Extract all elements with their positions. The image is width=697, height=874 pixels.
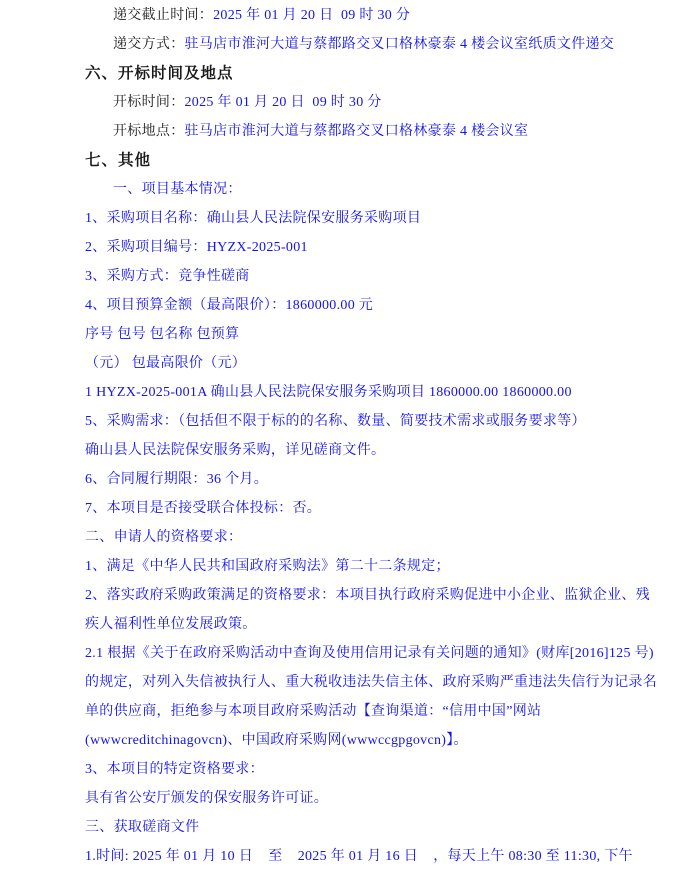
- document-line: 3、采购方式：竞争性磋商: [0, 262, 697, 291]
- document-line: 1、采购项目名称：确山县人民法院保安服务采购项目: [0, 204, 697, 233]
- document-line: 1 HYZX-2025-001A 确山县人民法院保安服务采购项目 1860000…: [0, 378, 697, 407]
- field-value: 单的供应商，拒绝参与本项目政府采购活动【查询渠道：“信用中国”网站: [85, 704, 541, 719]
- document-line: (wwwcreditchinagovcn)、中国政府采购网(wwwccgpgov…: [0, 726, 697, 755]
- document-page: 递交截止时间：2025 年 01 月 20 日 09 时 30 分递交方式：驻马…: [0, 0, 697, 874]
- field-value: 3、本项目的特定资格要求：: [85, 762, 264, 777]
- field-value: 疾人福利性单位发展政策。: [85, 617, 257, 632]
- document-line: 具有省公安厅颁发的保安服务许可证。: [0, 784, 697, 813]
- field-value: 3、采购方式：竞争性磋商: [85, 269, 250, 284]
- field-label: 七、其他: [85, 152, 151, 169]
- field-value: 5、采购需求：（包括但不限于标的的名称、数量、简要技术需求或服务要求等）: [85, 414, 586, 429]
- document-line: 疾人福利性单位发展政策。: [0, 610, 697, 639]
- field-label: 递交截止时间：: [113, 8, 213, 23]
- field-value: 2、落实政府采购政策满足的资格要求：本项目执行政府采购促进中小企业、监狱企业、残: [85, 588, 650, 603]
- document-line: 3、本项目的特定资格要求：: [0, 755, 697, 784]
- field-value: 6、合同履行期限：36 个月。: [85, 472, 268, 487]
- field-value: 1、满足《中华人民共和国政府采购法》第二十二条规定；: [85, 559, 450, 574]
- document-line: 1、满足《中华人民共和国政府采购法》第二十二条规定；: [0, 552, 697, 581]
- document-line: 7、本项目是否接受联合体投标：否。: [0, 494, 697, 523]
- field-value: 7、本项目是否接受联合体投标：否。: [85, 501, 321, 516]
- document-line: 序号 包号 包名称 包预算: [0, 320, 697, 349]
- field-value: 驻马店市淮河大道与蔡都路交叉口格林豪泰 4 楼会议室: [185, 124, 529, 139]
- document-line: 2、采购项目编号：HYZX-2025-001: [0, 233, 697, 262]
- field-value: 驻马店市淮河大道与蔡都路交叉口格林豪泰 4 楼会议室纸质文件递交: [185, 37, 615, 52]
- field-value: 二、申请人的资格要求：: [85, 530, 242, 545]
- document-line: 5、采购需求：（包括但不限于标的的名称、数量、简要技术需求或服务要求等）: [0, 407, 697, 436]
- field-value: 确山县人民法院保安服务采购，详见磋商文件。: [85, 443, 385, 458]
- field-label: 开标地点：: [113, 124, 185, 139]
- field-value: 具有省公安厅颁发的保安服务许可证。: [85, 791, 328, 806]
- document-line: 的规定，对列入失信被执行人、重大税收违法失信主体、政府采购严重违法失信行为记录名: [0, 668, 697, 697]
- field-value: 1 HYZX-2025-001A 确山县人民法院保安服务采购项目 1860000…: [85, 385, 572, 400]
- field-value: 一、项目基本情况：: [113, 182, 242, 197]
- field-value: 2025 年 01 月 20 日 09 时 30 分: [213, 8, 410, 23]
- field-value: 2025 年 01 月 20 日 09 时 30 分: [185, 95, 382, 110]
- field-value: 的规定，对列入失信被执行人、重大税收违法失信主体、政府采购严重违法失信行为记录名: [85, 675, 657, 690]
- field-value: 1.时间: 2025 年 01 月 10 日 至 2025 年 01 月 16 …: [85, 849, 633, 864]
- document-line: 2、落实政府采购政策满足的资格要求：本项目执行政府采购促进中小企业、监狱企业、残: [0, 581, 697, 610]
- document-line: 递交截止时间：2025 年 01 月 20 日 09 时 30 分: [0, 1, 697, 30]
- field-value: 1、采购项目名称：确山县人民法院保安服务采购项目: [85, 211, 421, 226]
- document-line: 4、项目预算金额（最高限价）：1860000.00 元: [0, 291, 697, 320]
- document-line: （元） 包最高限价（元）: [0, 349, 697, 378]
- document-line: 二、申请人的资格要求：: [0, 523, 697, 552]
- section-heading: 七、其他: [0, 146, 697, 175]
- field-label: 六、开标时间及地点: [85, 65, 234, 82]
- document-line: 单的供应商，拒绝参与本项目政府采购活动【查询渠道：“信用中国”网站: [0, 697, 697, 726]
- field-value: （元） 包最高限价（元）: [85, 356, 246, 371]
- field-value: 序号 包号 包名称 包预算: [85, 327, 239, 342]
- document-line: 开标时间：2025 年 01 月 20 日 09 时 30 分: [0, 88, 697, 117]
- document-line: 三、获取磋商文件: [0, 813, 697, 842]
- document-line: 6、合同履行期限：36 个月。: [0, 465, 697, 494]
- field-value: 三、获取磋商文件: [85, 820, 199, 835]
- document-line: 2.1 根据《关于在政府采购活动中查询及使用信用记录有关问题的通知》(财库[20…: [0, 639, 697, 668]
- document-line: 开标地点：驻马店市淮河大道与蔡都路交叉口格林豪泰 4 楼会议室: [0, 117, 697, 146]
- field-label: 开标时间：: [113, 95, 185, 110]
- document-line: 1.时间: 2025 年 01 月 10 日 至 2025 年 01 月 16 …: [0, 842, 697, 871]
- field-label: 递交方式：: [113, 37, 185, 52]
- document-line: 确山县人民法院保安服务采购，详见磋商文件。: [0, 436, 697, 465]
- section-heading: 六、开标时间及地点: [0, 59, 697, 88]
- document-line: 一、项目基本情况：: [0, 175, 697, 204]
- document-line: 递交方式：驻马店市淮河大道与蔡都路交叉口格林豪泰 4 楼会议室纸质文件递交: [0, 30, 697, 59]
- field-value: 2.1 根据《关于在政府采购活动中查询及使用信用记录有关问题的通知》(财库[20…: [85, 646, 654, 661]
- field-value: (wwwcreditchinagovcn)、中国政府采购网(wwwccgpgov…: [85, 733, 468, 748]
- field-value: 4、项目预算金额（最高限价）：1860000.00 元: [85, 298, 373, 313]
- field-value: 2、采购项目编号：HYZX-2025-001: [85, 240, 308, 255]
